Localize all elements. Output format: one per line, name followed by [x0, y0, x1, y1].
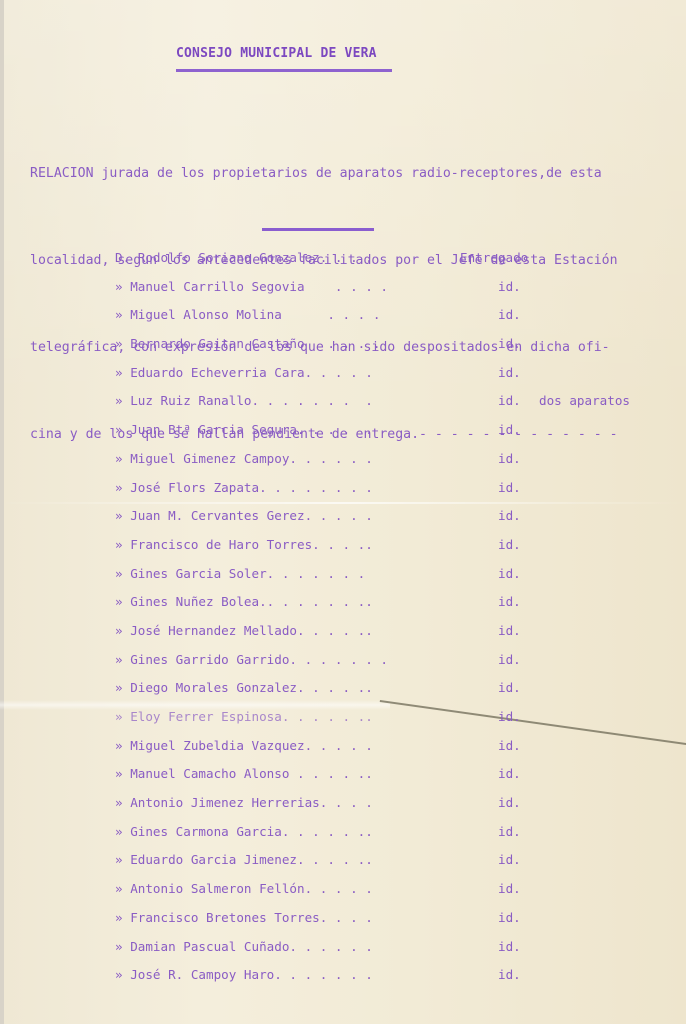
owner-name: » Eduardo Garcia Jimenez. . . . .. [115, 850, 373, 870]
list-item: » Luz Ruiz Ranallo. . . . . . . . id. do… [115, 391, 675, 420]
delivery-status: id. [498, 937, 521, 957]
list-item: » Gines Nuñez Bolea.. . . . . . .. id. [115, 592, 675, 621]
section-separator [262, 228, 374, 231]
list-item: » Gines Garrido Garrido. . . . . . . id. [115, 650, 675, 679]
delivery-status: id. [498, 391, 521, 411]
list-item: » Miguel Zubeldia Vazquez. . . . . id. [115, 736, 675, 765]
delivery-status: id. [498, 822, 521, 842]
owner-name: » Eloy Ferrer Espinosa. . . . . .. [115, 707, 373, 727]
owner-name: » Juan Btª Garcia Segura. . . . . [115, 420, 373, 440]
owner-name: » Gines Carmona Garcia. . . . . .. [115, 822, 373, 842]
delivery-status: id. [498, 506, 521, 526]
document-page: CONSEJO MUNICIPAL DE VERA RELACION jurad… [0, 0, 686, 1024]
delivery-status: Entregado [460, 248, 528, 268]
list-item: » Bernardo Gaitan Castaño . . . . id. [115, 334, 675, 363]
owner-name: » Bernardo Gaitan Castaño . . . . [115, 334, 380, 354]
owner-name: » Eduardo Echeverria Cara. . . . . [115, 363, 373, 383]
delivery-status: id. [498, 736, 521, 756]
owner-name: » José Flors Zapata. . . . . . . . [115, 478, 373, 498]
owner-name: » Gines Garrido Garrido. . . . . . . [115, 650, 388, 670]
list-item: » Antonio Jimenez Herrerias. . . . id. [115, 793, 675, 822]
list-item: » José R. Campoy Haro. . . . . . . id. [115, 965, 675, 994]
owner-name: » Manuel Camacho Alonso . . . . .. [115, 764, 373, 784]
paper-edge [0, 0, 4, 1024]
owner-name: » Miguel Alonso Molina . . . . [115, 305, 380, 325]
list-item: » Gines Garcia Soler. . . . . . . id. [115, 564, 675, 593]
list-item: » Eduardo Garcia Jimenez. . . . .. id. [115, 850, 675, 879]
delivery-status: id. [498, 850, 521, 870]
owner-name: » Francisco Bretones Torres. . . . [115, 908, 373, 928]
owner-name: » Juan M. Cervantes Gerez. . . . . [115, 506, 373, 526]
owner-name: » Diego Morales Gonzalez. . . . .. [115, 678, 373, 698]
list-item: » Juan Btª Garcia Segura. . . . . id. [115, 420, 675, 449]
delivery-note: dos aparatos [539, 391, 630, 411]
delivery-status: id. [498, 449, 521, 469]
owner-name: » Francisco de Haro Torres. . . .. [115, 535, 373, 555]
delivery-status: id. [498, 879, 521, 899]
list-item: » Manuel Camacho Alonso . . . . .. id. [115, 764, 675, 793]
list-item: » José Hernandez Mellado. . . . .. id. [115, 621, 675, 650]
list-item: » Miguel Gimenez Campoy. . . . . . id. [115, 449, 675, 478]
delivery-status: id. [498, 650, 521, 670]
owner-name: » Miguel Gimenez Campoy. . . . . . [115, 449, 373, 469]
owner-name: » Damian Pascual Cuñado. . . . . . [115, 937, 373, 957]
list-item: » José Flors Zapata. . . . . . . . id. [115, 478, 675, 507]
delivery-status: id. [498, 592, 521, 612]
delivery-status: id. [498, 277, 521, 297]
owner-name: » Luz Ruiz Ranallo. . . . . . . . [115, 391, 373, 411]
owner-name: » Antonio Salmeron Fellón. . . . . [115, 879, 373, 899]
list-item: » Miguel Alonso Molina . . . . id. [115, 305, 675, 334]
delivery-status: id. [498, 420, 521, 440]
list-item: » Eloy Ferrer Espinosa. . . . . .. id. [115, 707, 675, 736]
title-underline [176, 69, 392, 72]
list-item: » Francisco de Haro Torres. . . .. id. [115, 535, 675, 564]
delivery-status: id. [498, 621, 521, 641]
owner-name: » José R. Campoy Haro. . . . . . . [115, 965, 373, 985]
delivery-status: id. [498, 908, 521, 928]
delivery-status: id. [498, 707, 521, 727]
intro-line: RELACION jurada de los propietarios de a… [30, 159, 680, 188]
owner-name: » José Hernandez Mellado. . . . .. [115, 621, 373, 641]
delivery-status: id. [498, 478, 521, 498]
list-item: » Eduardo Echeverria Cara. . . . . id. [115, 363, 675, 392]
list-item: » Damian Pascual Cuñado. . . . . . id. [115, 937, 675, 966]
owner-name: D. Rodolfo Soriano Gonzalez. . . . [115, 248, 373, 268]
delivery-status: id. [498, 363, 521, 383]
delivery-status: id. [498, 334, 521, 354]
delivery-status: id. [498, 564, 521, 584]
owner-name: » Gines Garcia Soler. . . . . . . [115, 564, 365, 584]
list-item: » Antonio Salmeron Fellón. . . . . id. [115, 879, 675, 908]
delivery-status: id. [498, 678, 521, 698]
delivery-status: id. [498, 764, 521, 784]
owner-name: » Manuel Carrillo Segovia . . . . [115, 277, 388, 297]
owner-name: » Miguel Zubeldia Vazquez. . . . . [115, 736, 373, 756]
owner-name: » Gines Nuñez Bolea.. . . . . . .. [115, 592, 373, 612]
delivery-status: id. [498, 305, 521, 325]
list-item: » Francisco Bretones Torres. . . . id. [115, 908, 675, 937]
list-item: » Gines Carmona Garcia. . . . . .. id. [115, 822, 675, 851]
list-item: » Manuel Carrillo Segovia . . . . id. [115, 277, 675, 306]
delivery-status: id. [498, 965, 521, 985]
delivery-status: id. [498, 793, 521, 813]
document-title: CONSEJO MUNICIPAL DE VERA [176, 46, 377, 61]
owner-name: » Antonio Jimenez Herrerias. . . . [115, 793, 373, 813]
list-item: » Diego Morales Gonzalez. . . . .. id. [115, 678, 675, 707]
list-item: » Juan M. Cervantes Gerez. . . . . id. [115, 506, 675, 535]
list-item: D. Rodolfo Soriano Gonzalez. . . . Entre… [115, 248, 675, 277]
delivery-status: id. [498, 535, 521, 555]
owners-list: D. Rodolfo Soriano Gonzalez. . . . Entre… [115, 248, 675, 994]
